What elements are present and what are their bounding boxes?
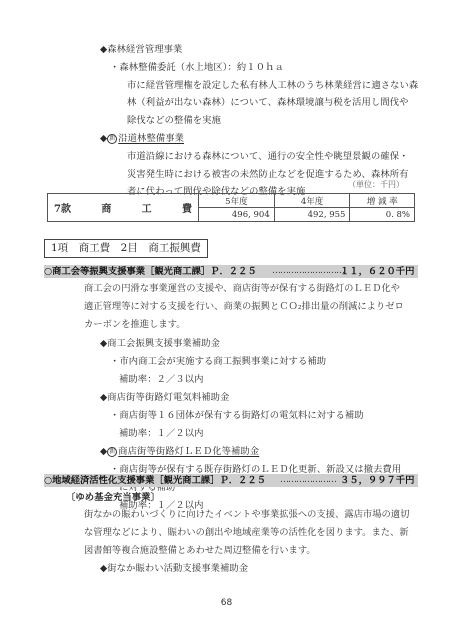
project1-item-rate: 補助率：２／３以内	[119, 375, 204, 384]
budget-table: 7款 商 工 費 5年度 4年度 増 減 率 496, 904 492, 955…	[47, 193, 415, 222]
project2-header-amount: ３５，９９７千円	[340, 476, 414, 485]
road-forest-title: ◆新沿道林整備事業	[100, 134, 184, 144]
new-badge-icon: 新	[107, 134, 117, 144]
budget-title-cell: 7款 商 工 費	[48, 194, 199, 222]
project1-item-detail: ・商店街等が保有する既存街路灯のＬＥＤ化更新、新設又は撤去費用	[110, 465, 401, 474]
budget-value-fy4: 492, 955	[274, 208, 350, 222]
project2-header-dots: …………………	[280, 476, 336, 485]
project2-header-left: ○地域経済活性化支援事業［観光商工課］Ｐ．２２５	[44, 476, 266, 485]
budget-title-part: 費	[182, 200, 192, 215]
budget-value-change: 0. 8%	[350, 208, 415, 222]
section-heading: 1項 商工費 2目 商工振興費	[44, 239, 208, 258]
project1-item-detail: ・市内商工会が実施する商工振興事業に対する補助	[110, 357, 326, 366]
project1-desc-line: カーボンを推進します。	[84, 320, 186, 329]
project2-fund-note: 〔ゆめ基金充当事業〕	[66, 493, 160, 502]
budget-header-fy4: 4年度	[274, 194, 350, 208]
project1-desc-line: 適正管理等に対する支援を行い、商業の振興とＣＯ₂排出量の削減によりゼロ	[84, 302, 404, 311]
project1-item-rate: 補助率：１／２以内	[119, 429, 204, 438]
road-forest-desc-line: 災害発生時における被害の未然防止などを促進するため、森林所有	[127, 170, 409, 179]
budget-title-part: 7款	[54, 200, 71, 215]
project1-header-amount: １１，６２０千円	[340, 267, 414, 276]
project1-header-left: ○商工会等振興支援事業［観光商工課］Ｐ．２２５	[44, 267, 257, 276]
project1-item-detail: ・商店街等１６団体が保有する街路灯の電気料に対する補助	[110, 411, 364, 420]
budget-unit: （単位：千円）	[348, 181, 404, 189]
road-forest-title-text: 沿道林整備事業	[118, 133, 184, 144]
new-badge-icon: 新	[107, 447, 117, 457]
project1-header-dots: ………………………	[272, 267, 344, 276]
project2-item-title: ◆街なか賑わい活動支援事業補助金	[100, 564, 248, 573]
budget-title-part: 商	[101, 200, 111, 215]
page-number: 68	[0, 598, 453, 608]
project1-item-title: ◆商店街等街路灯電気料補助金	[100, 393, 229, 402]
project1-item-title-led: ◆新商店街等街路灯ＬＥＤ化等補助金	[100, 447, 259, 457]
forest-mgmt-desc-line: 除伐などの整備を実施	[127, 116, 221, 125]
budget-header-change: 増 減 率	[350, 194, 415, 208]
project1-item-title: ◆商工会振興支援事業補助金	[100, 339, 220, 348]
forest-mgmt-title: ◆森林経営管理事業	[100, 45, 182, 54]
road-forest-desc-line: 市道沿線における森林について、通行の安全性や眺望景観の確保・	[127, 152, 409, 161]
budget-title-part: 工	[142, 200, 152, 215]
forest-mgmt-desc-line: 市に経営管理権を設定した私有林人工林のうち林業経営に適さない森	[127, 81, 418, 90]
budget-value-fy5: 496, 904	[199, 208, 275, 222]
project1-desc-line: 商工会の円滑な事業運営の支援や、商店街等が保有する街路灯のＬＥＤ化や	[84, 284, 400, 293]
project2-desc-line: な管理などにより、賑わいの創出や地域産業等の活性化を図ります。また、新	[84, 528, 409, 537]
led-subsidy-title: 商店街等街路灯ＬＥＤ化等補助金	[118, 446, 259, 457]
budget-header-fy5: 5年度	[199, 194, 275, 208]
project2-desc-line: 街なかの賑わいづくりに向けたイベントや事業拡張への支援、露店市場の適切	[84, 510, 409, 519]
forest-mgmt-item: ・森林整備委託（水上地区）：約１０ｈａ	[110, 63, 284, 72]
forest-mgmt-desc-line: 林（利益が出ない森林）について、森林環境譲与税を活用し間伐や	[127, 98, 409, 107]
project2-desc-line: 図書館等複合施設整備とあわせた周辺整備を行います。	[84, 546, 316, 555]
